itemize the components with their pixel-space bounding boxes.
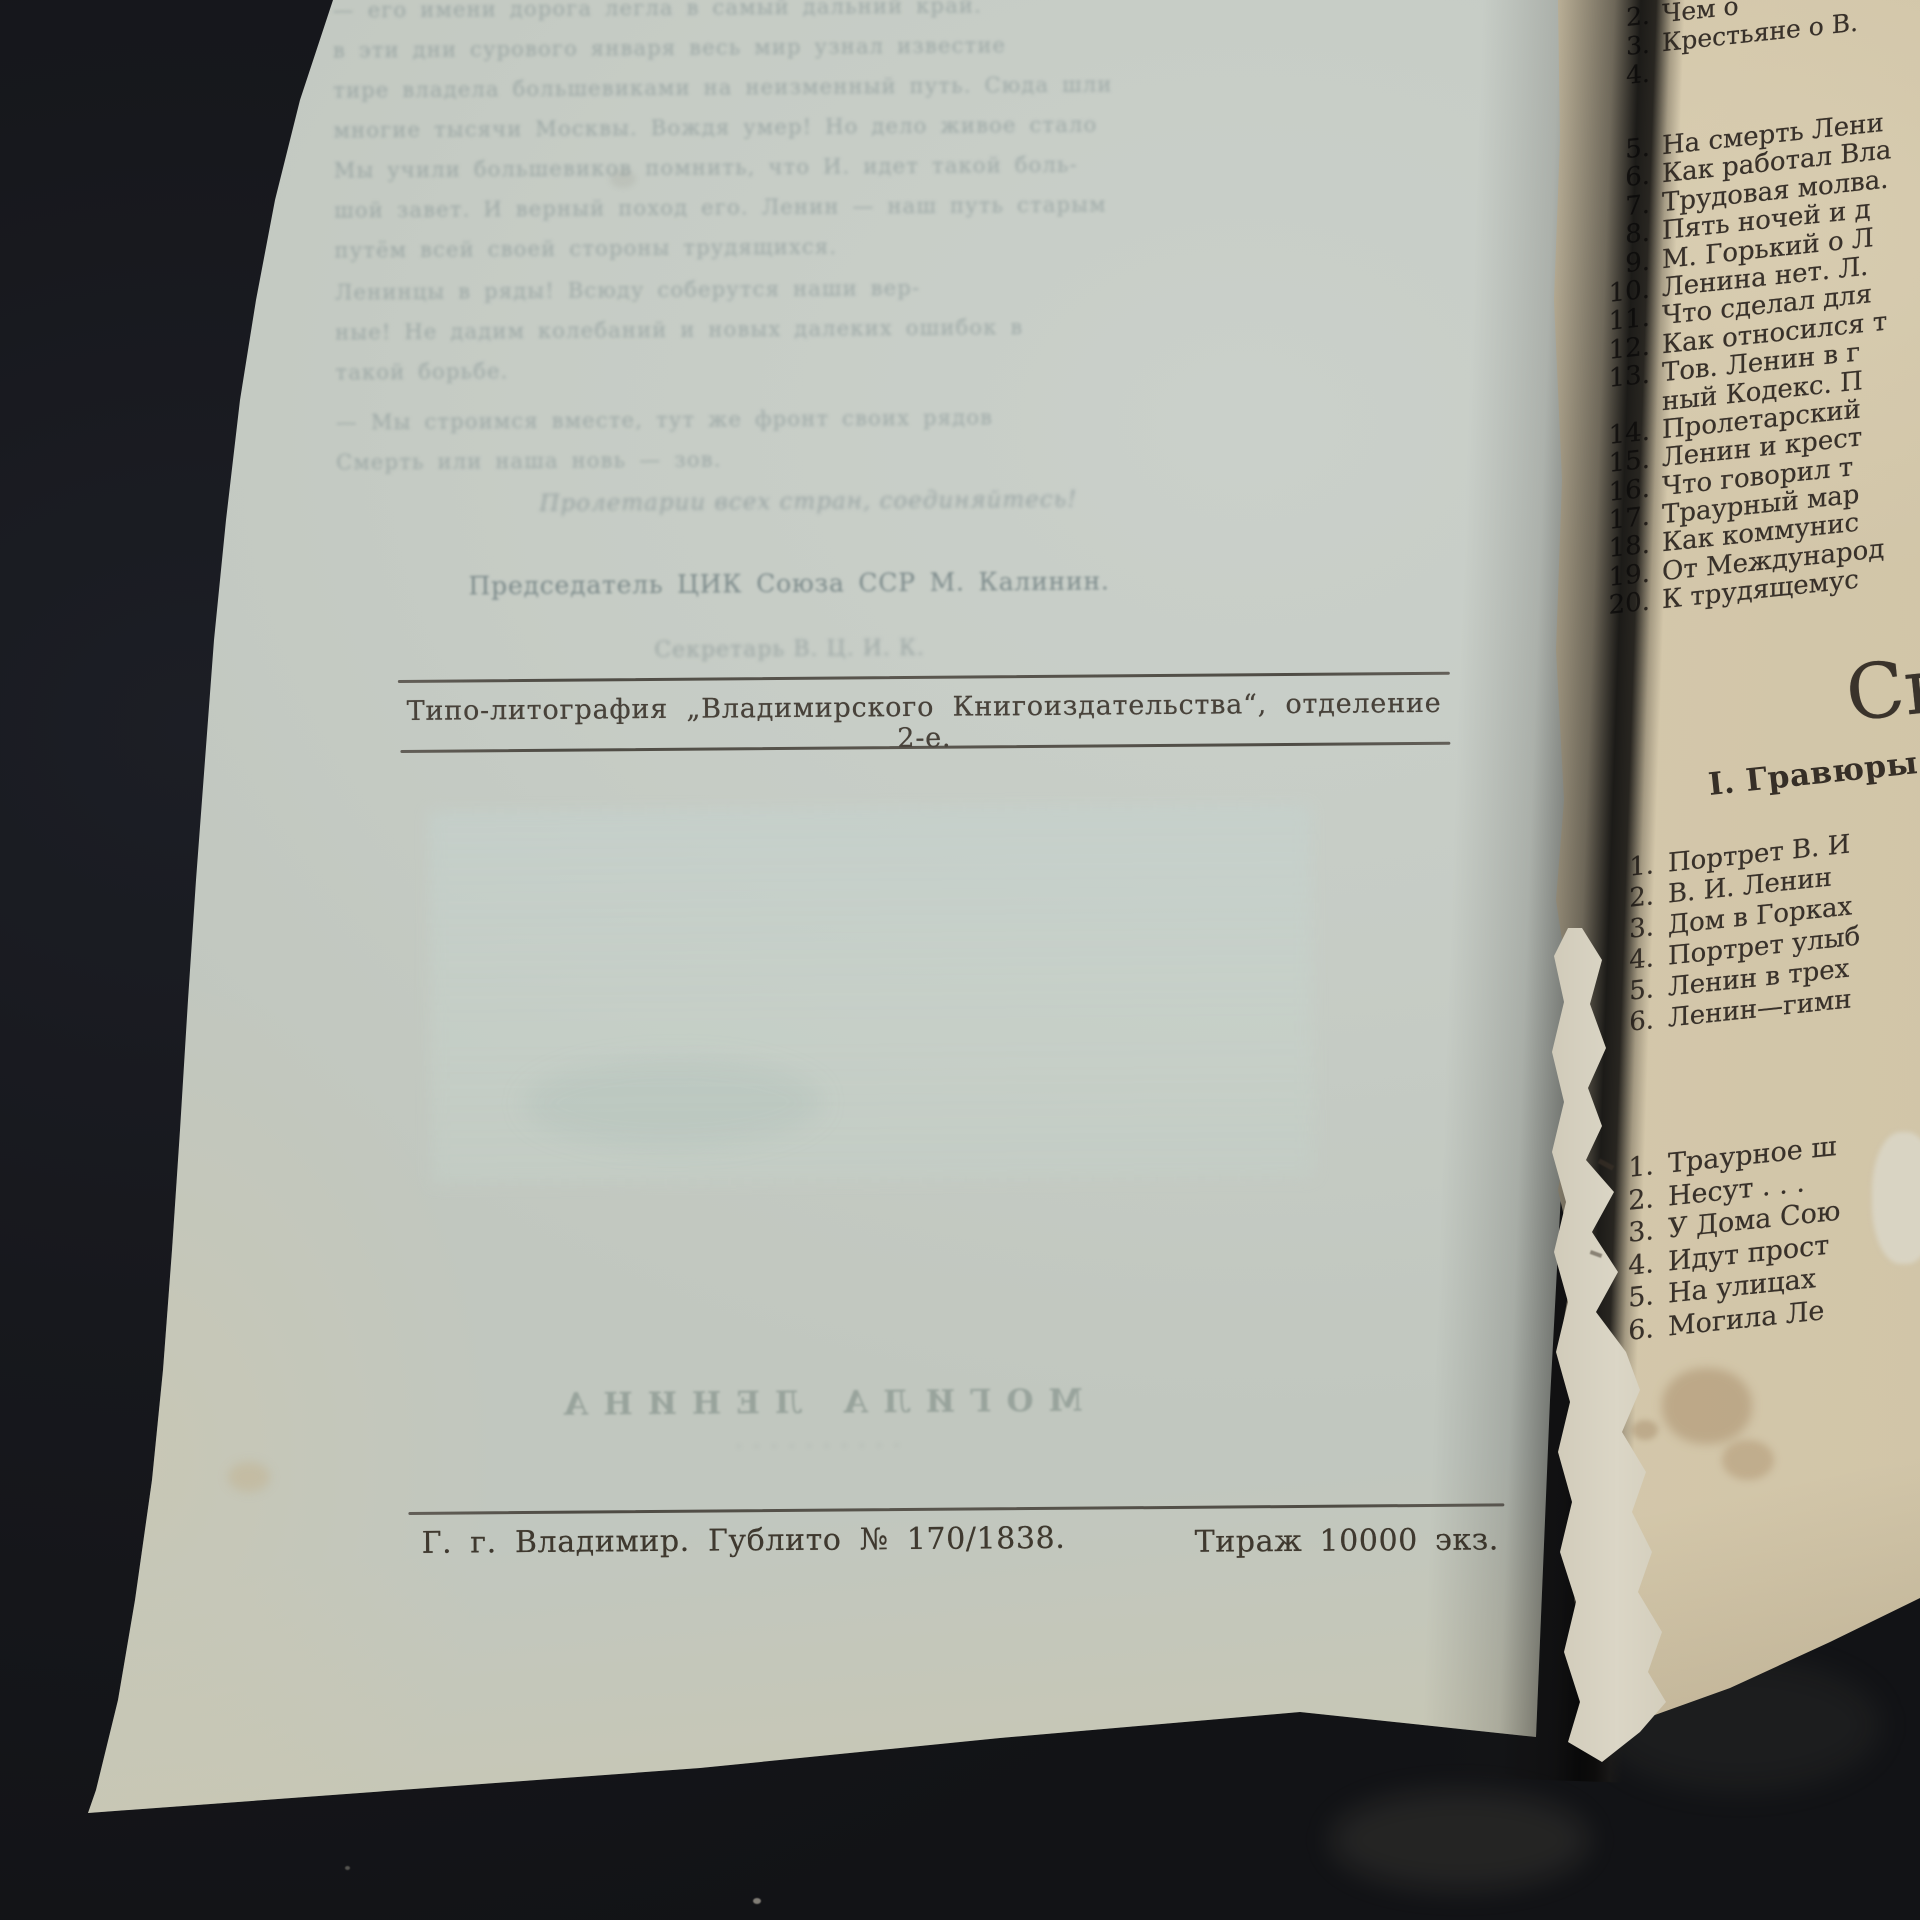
mirrored-showthrough-subtitle: · · · · · · · · · ·: [606, 1435, 1026, 1456]
plates-list: 1. Траурное ш 2. Несут . . . 3. У Дома С…: [1598, 1118, 1920, 1351]
censor-line: Г. г. Владимир. Гублито № 170/1838.: [421, 1521, 1065, 1561]
contents-heading-partial: Сп: [1842, 639, 1920, 739]
engravings-list: 1. Портрет В. И 2. В. И. Ленин 3. Дом в …: [1598, 818, 1920, 1042]
background-smudge: [1330, 1790, 1590, 1890]
toc-main-items: 5. На смерть Лени 6. Как работал Вла 7. …: [1598, 100, 1920, 620]
list-number: 6.: [1598, 1004, 1668, 1041]
print-run: Тираж 10000 экз.: [1195, 1522, 1500, 1559]
showthrough-line: Смерть или наша новь — зов.: [336, 435, 1286, 482]
engravings-section-heading: I. Гравюры: [1707, 745, 1920, 803]
toc-top-items: 2. Чем о 3. Крестьяне о В. 4.: [1598, 0, 1920, 93]
censor-rule: [408, 1503, 1504, 1515]
page-stain: [1662, 1368, 1752, 1444]
showthrough-secretary-line: Секретарь В. Ц. И. К.: [520, 635, 1060, 664]
showthrough-chairman-line: Председатель ЦИК Союза ССР М. Калинин.: [439, 566, 1139, 600]
showthrough-line: путём всей своей стороны трудящихся.: [334, 223, 1284, 270]
toc-number: 4.: [1598, 57, 1662, 93]
page-stain: [1722, 1440, 1774, 1480]
showthrough-line: такой борьбе.: [335, 345, 1285, 392]
book-photo-scene: — его имени дорога легла в самый дальний…: [0, 0, 1920, 1920]
page-stain: [1632, 1420, 1658, 1440]
showthrough-slogan: Пролетарии всех стран, соединяйтесь!: [428, 486, 1188, 518]
showthrough-paragraph: — Мы строимся вместе, тут же фронт своих…: [336, 395, 1287, 482]
dust-speck: [345, 1866, 350, 1870]
imprint-rule-top: [398, 672, 1450, 683]
showthrough-paragraph: — его имени дорога легла в самый дальний…: [332, 0, 1284, 271]
dust-speck: [753, 1898, 761, 1904]
showthrough-paragraph: Ленинцы в ряды! Всюду соберутся наши вер…: [335, 265, 1286, 392]
toc-number: 20.: [1598, 586, 1662, 623]
list-number: 3.: [1598, 1214, 1668, 1252]
mirrored-showthrough-title: МОГИЛА ЛЕНИНА: [545, 1383, 1085, 1423]
